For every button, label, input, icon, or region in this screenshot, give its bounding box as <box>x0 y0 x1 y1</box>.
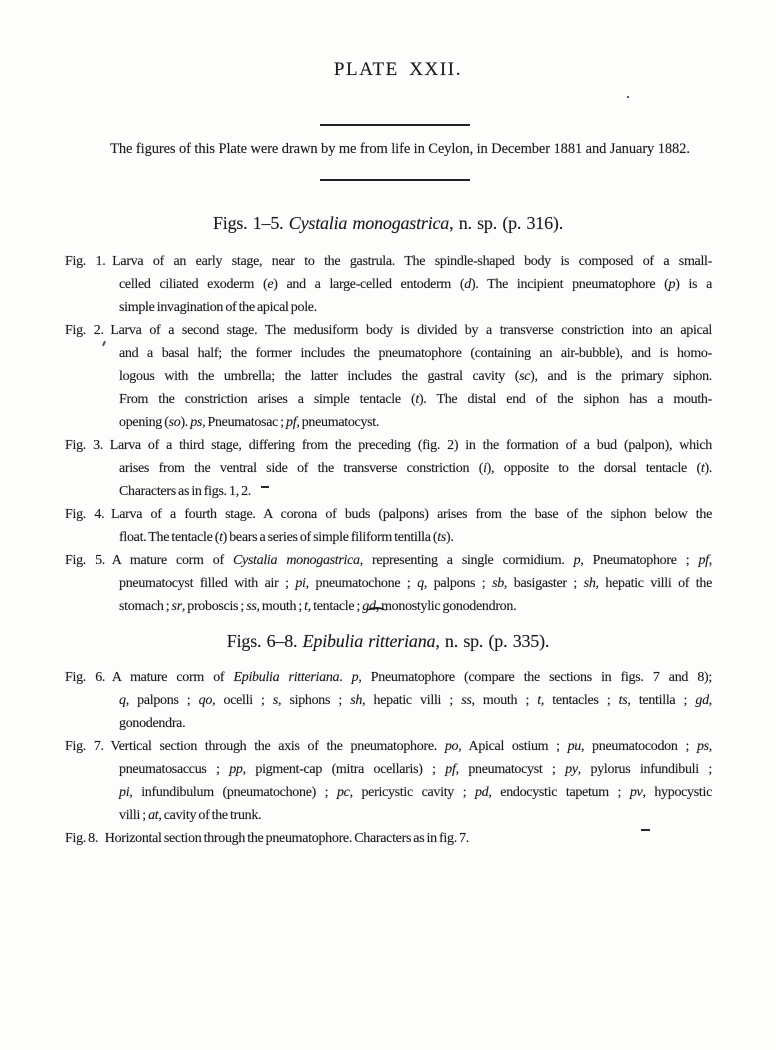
italic-term: q <box>119 693 126 708</box>
italic-term: pf <box>286 415 296 430</box>
italic-term: sb <box>492 576 504 591</box>
text-run: Characters as in figs. 1, 2. <box>119 484 251 499</box>
text-run: , <box>709 739 712 754</box>
text-run: , <box>709 693 712 708</box>
section-heading-figs-6-8: Figs. 6–8. Epibulia ritteriana, n. sp. (… <box>0 631 776 652</box>
scan-artifact <box>627 96 629 98</box>
italic-term: Cystalia monogastrica <box>289 213 449 233</box>
figure-label: Fig. 5. <box>65 553 112 568</box>
figure-entry: Fig. 1. Larva of an early stage, near to… <box>65 250 712 319</box>
text-run: arises from the ventral side of the tran… <box>119 461 483 476</box>
text-run: celled ciliated exoderm ( <box>119 277 267 292</box>
text-run: Larva of an early stage, near to the gas… <box>112 254 712 269</box>
italic-term: pi <box>119 785 129 800</box>
text-run: A mature corm of <box>112 670 234 685</box>
figure-entry: Fig. 4. Larva of a fourth stage. A coron… <box>65 503 712 549</box>
text-run: Vertical section through the axis of the… <box>110 739 444 754</box>
figure-caption-line: Fig. 7. Vertical section through the axi… <box>65 735 712 758</box>
italic-term: ss <box>461 693 471 708</box>
text-run: , endocystic tapetum ; <box>488 785 629 800</box>
page-title: PLATE XXII. <box>20 59 776 81</box>
figure-caption-line: and a basal half; the former includes th… <box>119 342 712 365</box>
text-run: , proboscis ; <box>182 599 246 614</box>
text-run: , basigaster ; <box>504 576 584 591</box>
text-run: , mouth ; <box>257 599 305 614</box>
figure-caption-line: Fig. 3. Larva of a third stage, differin… <box>65 434 712 457</box>
text-run: , tentacle ; <box>308 599 363 614</box>
figure-label: Fig. 4. <box>65 507 111 522</box>
text-run: ). The distal end of the siphon has a mo… <box>419 392 712 407</box>
italic-term: ps <box>697 739 709 754</box>
italic-term: pp <box>229 762 242 777</box>
text-run: Horizontal section through the pneumatop… <box>105 831 469 846</box>
text-run: , <box>709 553 712 568</box>
figure-label: Fig. 3. <box>65 438 110 453</box>
text-run: , palpons ; <box>424 576 492 591</box>
text-run: , tentilla ; <box>627 693 695 708</box>
text-run: ). The incipient pneumatophore ( <box>471 277 669 292</box>
text-run: , Pneumatosac ; <box>202 415 286 430</box>
text-run: A mature corm of <box>112 553 233 568</box>
italic-term: Cystalia monogastrica <box>233 553 360 568</box>
text-run: ). <box>180 415 190 430</box>
text-run: opening ( <box>119 415 169 430</box>
italic-term: pf <box>698 553 708 568</box>
text-run: , pylorus infundibuli ; <box>578 762 712 777</box>
text-run: . <box>339 670 351 685</box>
figure-entry: Fig. 7. Vertical section through the axi… <box>65 735 712 827</box>
text-run: , pericystic cavity ; <box>350 785 475 800</box>
text-run: Figs. 6–8. <box>227 631 303 651</box>
text-run: villi ; <box>119 808 148 823</box>
figure-caption-line: q, palpons ; qo, ocelli ; s, siphons ; s… <box>119 689 712 712</box>
figure-entry: Fig. 3. Larva of a third stage, differin… <box>65 434 712 503</box>
scan-artifact <box>641 829 650 831</box>
text-run: , mouth ; <box>472 693 538 708</box>
figure-entry: Fig. 2. Larva of a second stage. The med… <box>65 319 712 434</box>
figure-caption-line: Fig. 1. Larva of an early stage, near to… <box>65 250 712 273</box>
text-run: , Pneumatophore ; <box>580 553 698 568</box>
text-run: pneumatocyst filled with air ; <box>119 576 295 591</box>
text-run: , Pneumatophore (compare the sections in… <box>358 670 712 685</box>
text-run: Larva of a third stage, differing from t… <box>110 438 712 453</box>
figure-entry: Fig. 6. A mature corm of Epibulia ritter… <box>65 666 712 735</box>
italic-term: sh <box>350 693 362 708</box>
text-run: , representing a single cormidium. <box>360 553 574 568</box>
italic-term: sh <box>584 576 596 591</box>
figure-caption-line: pneumatocyst filled with air ; pi, pneum… <box>119 572 712 595</box>
scan-artifact <box>261 486 269 488</box>
figure-caption-line: logous with the umbrella; the latter inc… <box>119 365 712 388</box>
text-run: ) bears a series of simple filiform tent… <box>223 530 438 545</box>
divider-rule-top <box>320 124 470 126</box>
text-run: , hepatic villi ; <box>362 693 461 708</box>
text-run: logous with the umbrella; the latter inc… <box>119 369 519 384</box>
text-run: ). <box>704 461 712 476</box>
text-run: , pneumatocodon ; <box>581 739 697 754</box>
figure-caption-line: gonodendra. <box>119 712 712 735</box>
italic-term: ps <box>190 415 202 430</box>
figure-caption-line: Fig. 8. Horizontal section through the p… <box>65 827 712 850</box>
italic-term: at <box>148 808 158 823</box>
italic-term: so <box>169 415 181 430</box>
figure-caption-line: villi ; at, cavity of the trunk. <box>119 804 712 827</box>
text-run: , n. sp. (p. 335). <box>435 631 549 651</box>
figure-caption-line: pneumatosaccus ; pp, pigment-cap (mitra … <box>119 758 712 781</box>
plate-intro-text: The figures of this Plate were drawn by … <box>24 141 776 158</box>
figure-caption-list-1: Fig. 1. Larva of an early stage, near to… <box>65 250 712 618</box>
figure-entry: Fig. 5. A mature corm of Cystalia monoga… <box>65 549 712 618</box>
text-run: Larva of a second stage. The medusiform … <box>110 323 712 338</box>
italic-term: q <box>417 576 424 591</box>
text-run: ) and a large-celled entoderm ( <box>273 277 464 292</box>
italic-term: Epibulia ritteriana <box>234 670 340 685</box>
figure-label: Fig. 7. <box>65 739 110 754</box>
italic-term: qo <box>199 693 212 708</box>
italic-term: sc <box>519 369 530 384</box>
figure-label: Fig. 2. <box>65 323 110 338</box>
text-run: , monostylic gonodendron. <box>376 599 517 614</box>
text-run: ) is a <box>675 277 712 292</box>
figure-caption-line: Fig. 5. A mature corm of Cystalia monoga… <box>65 549 712 572</box>
text-run: , Apical ostium ; <box>458 739 567 754</box>
figure-label: Fig. 6. <box>65 670 112 685</box>
text-run: ). <box>446 530 454 545</box>
text-run: , pigment-cap (mitra ocellaris) ; <box>243 762 446 777</box>
italic-term: po <box>445 739 458 754</box>
text-run: ), opposite to the dorsal tentacle ( <box>487 461 701 476</box>
figure-caption-line: simple invagination of the apical pole. <box>119 296 712 319</box>
text-run: , n. sp. (p. 316). <box>449 213 563 233</box>
italic-term: pd <box>475 785 488 800</box>
text-run: pneumatosaccus ; <box>119 762 229 777</box>
text-run: gonodendra. <box>119 716 185 731</box>
italic-term: pc <box>337 785 350 800</box>
figure-caption-line: celled ciliated exoderm (e) and a large-… <box>119 273 712 296</box>
figure-label: Fig. 1. <box>65 254 112 269</box>
text-run: and a basal half; the former includes th… <box>119 346 712 361</box>
scan-artifact <box>366 607 386 613</box>
text-run: float. The tentacle ( <box>119 530 219 545</box>
text-run: , hepatic villi of the <box>596 576 712 591</box>
italic-term: pi <box>295 576 305 591</box>
text-run: , cavity of the trunk. <box>158 808 261 823</box>
figure-caption-line: opening (so). ps, Pneumatosac ; pf, pneu… <box>119 411 712 434</box>
text-run: , hypocystic <box>642 785 712 800</box>
text-run: , pneumatocyst ; <box>456 762 566 777</box>
text-run: , pneumatochone ; <box>306 576 418 591</box>
figure-entry: Fig. 8. Horizontal section through the p… <box>65 827 712 850</box>
figure-caption-line: From the constriction arises a simple te… <box>119 388 712 411</box>
text-run: , siphons ; <box>278 693 350 708</box>
text-run: From the constriction arises a simple te… <box>119 392 415 407</box>
scanned-plate-page: PLATE XXII. The figures of this Plate we… <box>0 0 776 1050</box>
text-run: ), and is the primary siphon. <box>530 369 712 384</box>
italic-term: gd <box>695 693 708 708</box>
text-run: , infundibulum (pneumatochone) ; <box>129 785 337 800</box>
figure-caption-line: arises from the ventral side of the tran… <box>119 457 712 480</box>
italic-term: pv <box>630 785 643 800</box>
text-run: Larva of a fourth stage. A corona of bud… <box>111 507 712 522</box>
italic-term: pu <box>568 739 581 754</box>
text-run: simple invagination of the apical pole. <box>119 300 317 315</box>
text-run: Figs. 1–5. <box>213 213 289 233</box>
italic-term: py <box>565 762 578 777</box>
figure-caption-line: pi, infundibulum (pneumatochone) ; pc, p… <box>119 781 712 804</box>
figure-caption-line: Fig. 6. A mature corm of Epibulia ritter… <box>65 666 712 689</box>
figure-caption-list-2: Fig. 6. A mature corm of Epibulia ritter… <box>65 666 712 850</box>
figure-label: Fig. 8. <box>65 831 105 846</box>
divider-rule-bottom <box>320 179 470 181</box>
italic-term: Epibulia ritteriana <box>303 631 436 651</box>
italic-term: ss <box>246 599 256 614</box>
text-run: , tentacles ; <box>541 693 619 708</box>
section-heading-figs-1-5: Figs. 1–5. Cystalia monogastrica, n. sp.… <box>0 213 776 234</box>
figure-caption-line: Fig. 4. Larva of a fourth stage. A coron… <box>65 503 712 526</box>
italic-term: sr <box>172 599 182 614</box>
italic-term: ts <box>437 530 446 545</box>
text-run: stomach ; <box>119 599 172 614</box>
text-run: , ocelli ; <box>212 693 273 708</box>
italic-term: pf <box>445 762 455 777</box>
italic-term: d <box>464 277 471 292</box>
text-run: , pneumatocyst. <box>296 415 379 430</box>
figure-caption-line: Characters as in figs. 1, 2. <box>119 480 712 503</box>
figure-caption-line: Fig. 2. Larva of a second stage. The med… <box>65 319 712 342</box>
figure-caption-line: stomach ; sr, proboscis ; ss, mouth ; t,… <box>119 595 712 618</box>
text-run: , palpons ; <box>126 693 199 708</box>
figure-caption-line: float. The tentacle (t) bears a series o… <box>119 526 712 549</box>
